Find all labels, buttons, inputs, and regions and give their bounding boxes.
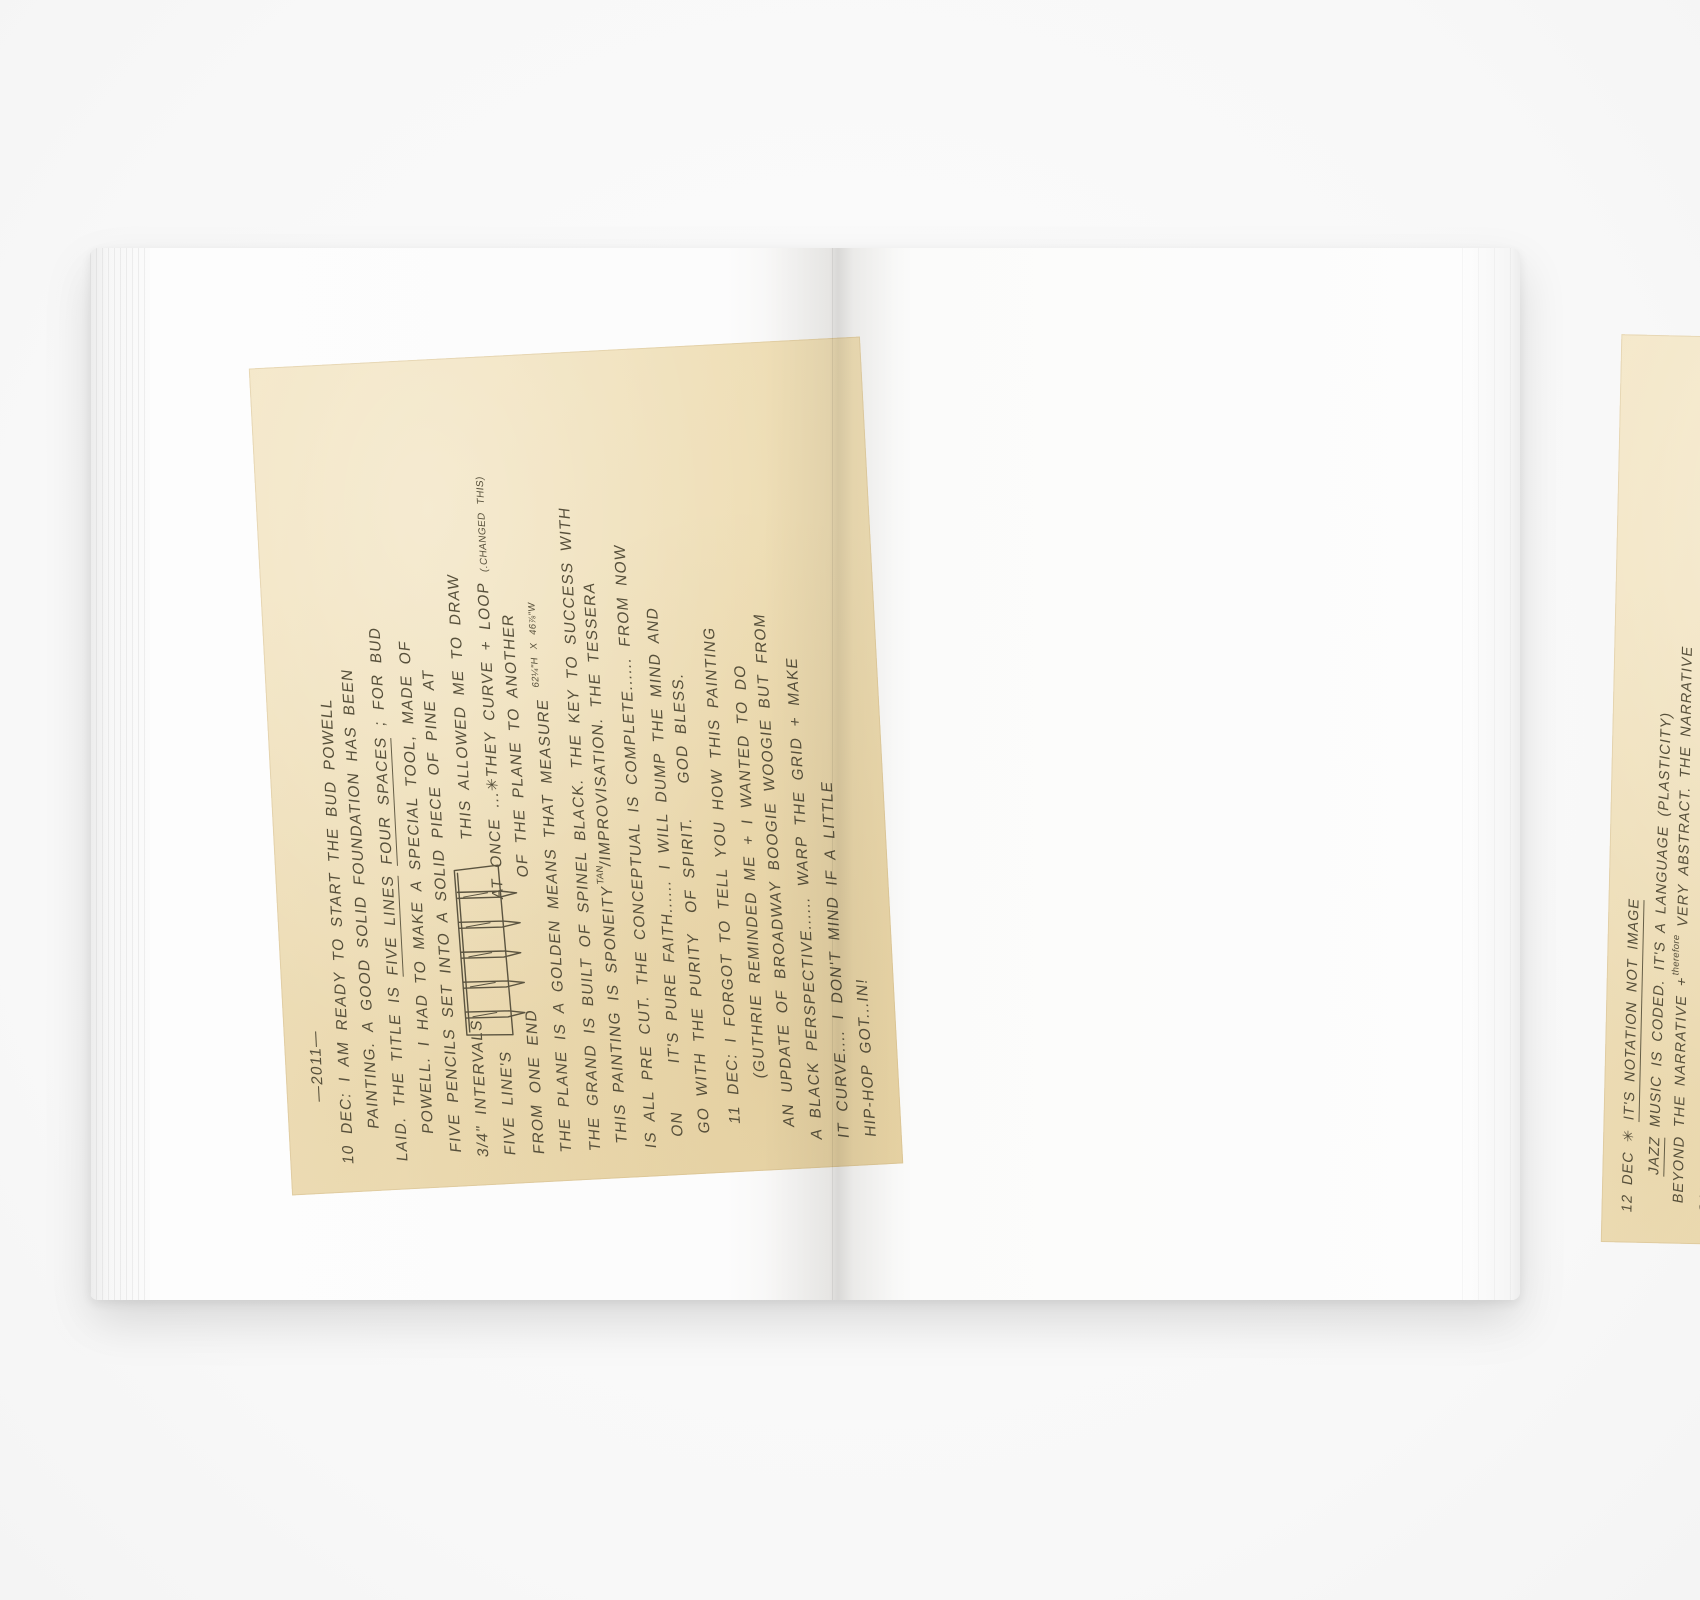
left-page: —2011—10 DEC: I AM READY TO START THE BU… bbox=[150, 248, 833, 1300]
photo-background: —2011—10 DEC: I AM READY TO START THE BU… bbox=[0, 0, 1700, 1600]
page-stack-right-edge bbox=[1462, 248, 1520, 1300]
handwritten-text-left: —2011—10 DEC: I AM READY TO START THE BU… bbox=[249, 337, 903, 1196]
manuscript-scan-left: —2011—10 DEC: I AM READY TO START THE BU… bbox=[249, 337, 903, 1196]
open-book: —2011—10 DEC: I AM READY TO START THE BU… bbox=[90, 248, 1520, 1300]
right-page: 12 DEC ✳ IT'S NOTATION NOT IMAGEJAZZ MUS… bbox=[833, 248, 1462, 1300]
spine-fold bbox=[832, 248, 833, 1300]
manuscript-scan-right: 12 DEC ✳ IT'S NOTATION NOT IMAGEJAZZ MUS… bbox=[1601, 334, 1700, 1254]
pencil-tool-sketch bbox=[449, 858, 548, 1040]
handwritten-text-right: 12 DEC ✳ IT'S NOTATION NOT IMAGEJAZZ MUS… bbox=[1601, 334, 1700, 1254]
page-stack-left-edge bbox=[90, 248, 150, 1300]
